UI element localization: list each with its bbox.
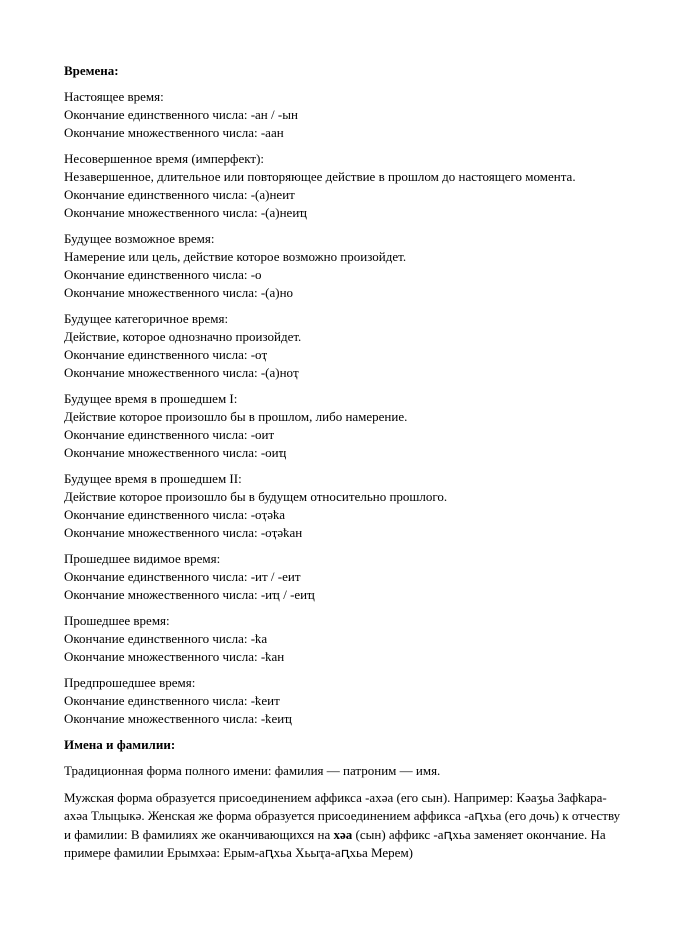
tense-section: Прошедшее видимое время:Окончание единст… [64,550,624,604]
tense-section: Будущее категоричное время:Действие, кот… [64,310,624,382]
tense-title: Будущее время в прошедшем I: [64,390,624,408]
tense-line: Окончание единственного числа: -о [64,266,624,284]
tense-line: Окончание множественного числа: -(а)но [64,284,624,302]
tense-line: Окончание единственного числа: -ан / -ын [64,106,624,124]
tense-title: Будущее время в прошедшем II: [64,470,624,488]
tense-title: Будущее категоричное время: [64,310,624,328]
tense-section: Будущее время в прошедшем I:Действие кот… [64,390,624,462]
tense-section: Прошедшее время:Окончание единственного … [64,612,624,666]
tense-title: Будущее возможное время: [64,230,624,248]
tense-line: Окончание единственного числа: -(а)неит [64,186,624,204]
tense-section: Будущее возможное время:Намерение или це… [64,230,624,302]
tense-section: Несовершенное время (имперфект):Незаверш… [64,150,624,222]
tense-line: Окончание множественного числа: -оҭәҟан [64,524,624,542]
tense-line: Незавершенное, длительное или повторяюще… [64,168,624,186]
tense-line: Окончание множественного числа: -иҵ / -е… [64,586,624,604]
tense-title: Прошедшее время: [64,612,624,630]
document-page: Времена: Настоящее время:Окончание единс… [64,62,624,871]
paragraph-bold-word: хәа [334,827,353,842]
tenses-heading: Времена: [64,62,624,80]
tense-line: Действие, которое однозначно произойдет. [64,328,624,346]
tense-line: Окончание множественного числа: -ҟан [64,648,624,666]
tense-line: Окончание единственного числа: -ҟа [64,630,624,648]
tense-line: Окончание множественного числа: -оиҵ [64,444,624,462]
tense-line: Действие которое произошло бы в будущем … [64,488,624,506]
tenses-list: Настоящее время:Окончание единственного … [64,88,624,728]
names-heading: Имена и фамилии: [64,736,624,754]
names-paragraph: Мужская форма образуется присоединением … [64,789,624,863]
tense-section: Настоящее время:Окончание единственного … [64,88,624,142]
tense-title: Несовершенное время (имперфект): [64,150,624,168]
tense-line: Окончание единственного числа: -оит [64,426,624,444]
tense-line: Окончание множественного числа: -ҟеиҵ [64,710,624,728]
tense-line: Окончание единственного числа: -ит / -еи… [64,568,624,586]
tense-line: Окончание единственного числа: -оҭ [64,346,624,364]
tense-title: Настоящее время: [64,88,624,106]
names-paragraph-text: Мужская форма образуется присоединением … [64,789,624,863]
tense-line: Окончание множественного числа: -(а)ноҭ [64,364,624,382]
tense-line: Окончание единственного числа: -ҟеит [64,692,624,710]
tense-line: Окончание множественного числа: -аан [64,124,624,142]
tense-section: Предпрошедшее время:Окончание единственн… [64,674,624,728]
tense-line: Окончание множественного числа: -(а)неиҵ [64,204,624,222]
names-intro-text: Традиционная форма полного имени: фамили… [64,762,624,781]
names-intro: Традиционная форма полного имени: фамили… [64,762,624,781]
tense-section: Будущее время в прошедшем II:Действие ко… [64,470,624,542]
tense-line: Намерение или цель, действие которое воз… [64,248,624,266]
tense-title: Прошедшее видимое время: [64,550,624,568]
tense-line: Действие которое произошло бы в прошлом,… [64,408,624,426]
tense-title: Предпрошедшее время: [64,674,624,692]
tense-line: Окончание единственного числа: -оҭәҟа [64,506,624,524]
